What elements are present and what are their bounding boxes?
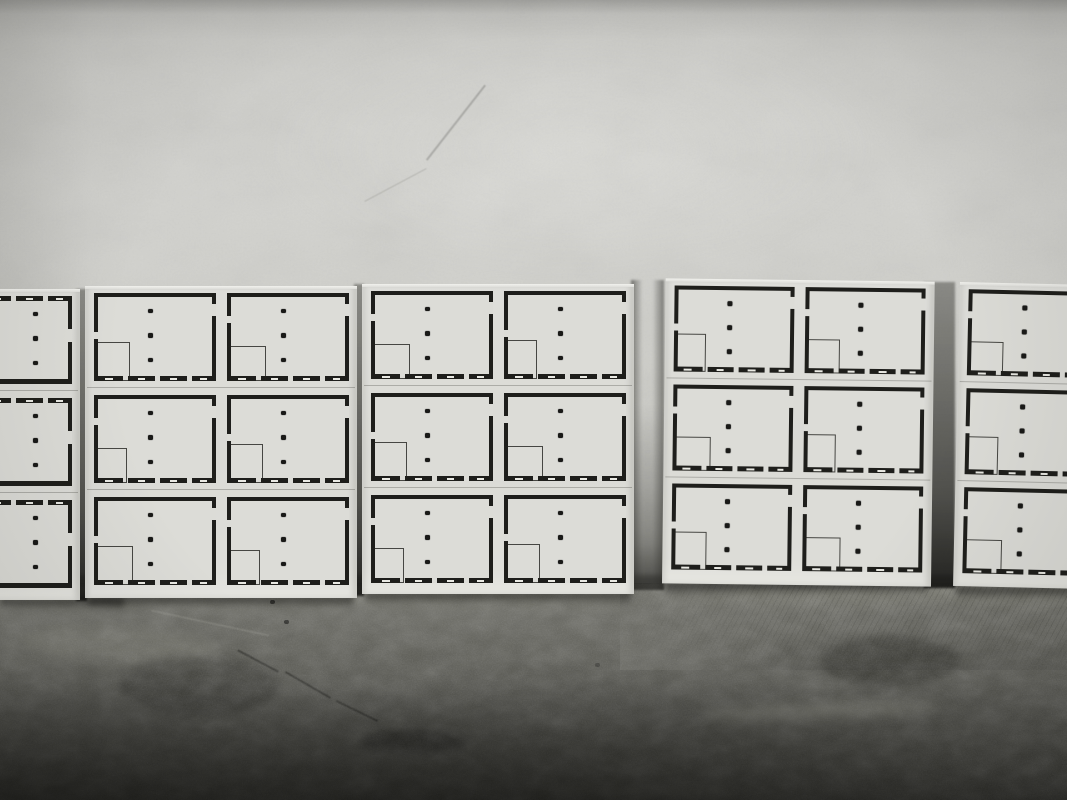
artwork-cell <box>504 495 626 583</box>
border-segment <box>437 374 464 379</box>
corner-square <box>504 340 537 379</box>
corner-square <box>94 342 130 381</box>
panel-2 <box>85 286 357 598</box>
cell-border-left <box>371 393 375 432</box>
dot-mark <box>425 307 430 312</box>
cell-border-top <box>371 291 493 295</box>
cell-border-top <box>675 285 795 290</box>
cell-border-right <box>919 486 923 496</box>
cell-border-right <box>622 291 626 302</box>
cell-border-right <box>919 410 924 474</box>
dot-mark <box>558 433 563 438</box>
border-segment <box>405 578 432 583</box>
cell-border-right <box>489 314 493 379</box>
dot-mark <box>725 499 730 504</box>
border-tick <box>1006 571 1014 573</box>
cell-border-right <box>212 293 216 304</box>
border-segment <box>128 376 155 381</box>
cell-border-right <box>68 296 72 329</box>
border-tick <box>907 569 914 571</box>
panel-seam <box>0 492 78 493</box>
cell-border-top <box>969 289 1067 296</box>
border-tick <box>848 370 855 372</box>
border-tick <box>26 502 34 504</box>
dot-mark <box>558 331 563 336</box>
cell-border-right <box>789 386 793 396</box>
corner-square <box>504 446 543 481</box>
border-segment <box>1028 570 1055 576</box>
dot-mark <box>1020 429 1025 434</box>
border-segment <box>261 580 288 585</box>
cell-border-right <box>345 316 349 381</box>
cell-border-right <box>622 393 626 404</box>
cell-border-left <box>672 483 676 521</box>
border-segment <box>437 578 464 583</box>
artwork-cell <box>371 393 493 481</box>
artwork-cell <box>371 495 493 583</box>
floor-bottom-shading <box>0 583 1067 800</box>
dot-mark <box>558 511 563 516</box>
dot-mark <box>281 435 286 440</box>
border-tick <box>580 376 588 378</box>
panel-seam <box>957 480 1067 487</box>
dot-mark <box>856 549 861 554</box>
border-tick <box>1038 571 1046 573</box>
border-tick <box>447 478 455 480</box>
panel-seam <box>0 390 78 391</box>
dot-mark <box>425 356 430 361</box>
panel-4 <box>662 278 935 586</box>
cell-border-left <box>803 485 807 507</box>
cell-border-top <box>966 388 1067 395</box>
dot-mark <box>148 309 153 314</box>
panel-seam <box>667 377 932 381</box>
artwork-cell <box>94 395 216 483</box>
border-tick <box>333 480 340 482</box>
border-tick <box>777 468 784 470</box>
cell-border-left <box>371 495 375 518</box>
panel-top-edge <box>0 289 80 292</box>
dot-mark <box>425 560 430 565</box>
cell-border-right <box>489 416 493 481</box>
border-tick <box>415 478 423 480</box>
gap-shadow-3-4 <box>631 280 664 590</box>
cell-border-bottom <box>0 379 72 384</box>
border-tick <box>0 298 1 300</box>
border-segment <box>707 367 733 372</box>
corner-square <box>672 437 710 471</box>
border-tick <box>548 376 556 378</box>
panel-seam <box>87 387 355 388</box>
cell-border-right <box>212 395 216 406</box>
corner-square <box>371 344 410 379</box>
border-tick <box>548 580 556 582</box>
dot-mark <box>1022 306 1027 311</box>
artwork-cell <box>672 384 793 471</box>
cell-border-right <box>622 518 626 583</box>
cell-notched-border <box>0 296 72 301</box>
border-tick <box>200 378 207 380</box>
dot-mark <box>425 511 430 516</box>
border-tick <box>879 370 886 372</box>
cell-border-right <box>787 507 792 571</box>
dot-mark <box>281 358 286 363</box>
artwork-cell <box>94 293 216 381</box>
artwork-cell <box>0 500 72 588</box>
dot-mark <box>558 535 563 540</box>
border-tick <box>580 478 588 480</box>
cell-border-right <box>68 500 72 533</box>
artwork-cell <box>504 393 626 481</box>
dot-mark <box>859 303 864 308</box>
cell-notched-border <box>0 500 72 505</box>
dot-mark <box>558 356 563 361</box>
border-tick <box>717 369 724 371</box>
border-tick <box>415 580 423 582</box>
border-segment <box>570 578 597 583</box>
border-tick <box>714 566 721 568</box>
border-segment <box>868 468 894 473</box>
border-tick <box>1042 373 1050 375</box>
border-segment <box>1060 570 1067 576</box>
border-tick <box>170 480 178 482</box>
border-tick <box>26 298 34 300</box>
border-segment <box>160 478 187 483</box>
border-tick <box>548 478 556 480</box>
cell-border-left <box>371 291 375 314</box>
border-tick <box>26 400 34 402</box>
border-segment <box>737 466 763 471</box>
cell-border-top <box>94 293 216 297</box>
cell-border-top <box>227 293 349 297</box>
cell-border-left <box>504 393 508 416</box>
artwork-cell <box>962 487 1067 576</box>
border-tick <box>303 480 311 482</box>
border-segment <box>538 578 565 583</box>
dot-mark <box>33 565 38 570</box>
dot-mark <box>281 309 286 314</box>
border-tick <box>908 470 915 472</box>
border-segment <box>570 374 597 379</box>
border-tick <box>477 580 484 582</box>
corner-square <box>504 544 540 583</box>
cell-border-right <box>622 416 626 481</box>
artwork-cell <box>671 483 792 570</box>
border-tick <box>415 376 423 378</box>
border-segment <box>16 500 43 505</box>
cell-border-bottom <box>0 481 72 486</box>
border-tick <box>580 580 588 582</box>
cell-border-right <box>68 444 72 486</box>
cell-border-right <box>345 418 349 483</box>
border-tick <box>271 582 279 584</box>
cell-border-top <box>94 497 216 501</box>
cell-border-right <box>622 314 626 379</box>
dot-mark <box>1020 405 1025 410</box>
dot-mark <box>1022 330 1027 335</box>
border-segment <box>1033 372 1060 378</box>
dot-mark <box>281 333 286 338</box>
dot-mark <box>148 537 153 542</box>
cell-border-top <box>371 393 493 397</box>
cell-border-top <box>804 386 924 391</box>
dot-mark <box>856 501 861 506</box>
panel-top-edge <box>362 284 634 287</box>
dot-mark <box>725 523 730 528</box>
dot-mark <box>558 458 563 463</box>
cell-border-left <box>504 495 508 534</box>
cell-border-left <box>964 487 969 509</box>
border-tick <box>138 582 146 584</box>
corner-square <box>967 341 1003 376</box>
dot-mark <box>558 560 563 565</box>
dot-mark <box>281 460 286 465</box>
corner-square <box>227 550 260 585</box>
dot-mark <box>725 547 730 552</box>
panel-seam <box>364 385 632 386</box>
dot-mark <box>425 331 430 336</box>
border-tick <box>878 469 885 471</box>
border-segment <box>1062 471 1067 477</box>
panel-seam <box>665 476 930 480</box>
cell-border-right <box>212 316 216 381</box>
cell-border-left <box>227 293 231 316</box>
artwork-cell <box>965 388 1067 477</box>
dot-mark <box>857 402 862 407</box>
cell-border-left <box>227 497 231 520</box>
dot-mark <box>728 301 733 306</box>
border-segment <box>838 368 864 373</box>
artwork-cell <box>0 398 72 486</box>
border-segment <box>738 367 764 372</box>
cell-border-right <box>345 293 349 304</box>
wall-top-shading <box>0 0 1067 14</box>
border-segment <box>293 580 320 585</box>
border-segment <box>1001 371 1028 377</box>
border-tick <box>200 480 207 482</box>
border-segment <box>999 470 1026 476</box>
panel-top-edge <box>85 286 357 289</box>
cell-border-right <box>68 342 72 384</box>
border-tick <box>876 568 883 570</box>
cell-border-right <box>212 520 216 585</box>
dot-mark <box>281 513 286 518</box>
cell-border-top <box>94 395 216 399</box>
border-tick <box>303 378 311 380</box>
cell-border-left <box>673 384 677 406</box>
border-tick <box>138 480 146 482</box>
panel-seam <box>960 381 1067 388</box>
cell-border-left <box>805 287 809 309</box>
panel-seam <box>87 489 355 490</box>
dot-mark <box>1017 552 1022 557</box>
artwork-cell <box>967 289 1067 378</box>
border-tick <box>477 478 484 480</box>
artwork-cell <box>227 497 349 585</box>
border-segment <box>16 398 43 403</box>
dot-mark <box>33 336 38 341</box>
cell-border-right <box>68 398 72 431</box>
wall-light-stain <box>260 20 880 280</box>
artwork-cell <box>227 395 349 483</box>
dot-mark <box>281 562 286 567</box>
corner-square <box>94 546 133 585</box>
border-tick <box>1040 472 1048 474</box>
border-segment <box>128 478 155 483</box>
cell-border-left <box>674 285 678 323</box>
artwork-cell <box>371 291 493 379</box>
border-segment <box>160 376 187 381</box>
cell-border-right <box>212 418 216 483</box>
cell-border-top <box>227 497 349 501</box>
border-tick <box>170 378 178 380</box>
border-segment <box>837 467 863 472</box>
border-tick <box>0 502 1 504</box>
panel-seam <box>364 487 632 488</box>
cell-border-top <box>672 483 792 488</box>
border-tick <box>846 469 853 471</box>
border-tick <box>1008 472 1016 474</box>
dot-mark <box>148 411 153 416</box>
corner-square <box>371 442 407 481</box>
dot-mark <box>148 435 153 440</box>
cell-border-top <box>673 384 793 389</box>
cell-border-top <box>227 395 349 399</box>
dot-mark <box>148 562 153 567</box>
dot-mark <box>33 516 38 521</box>
border-segment <box>293 478 320 483</box>
border-tick <box>56 502 63 504</box>
border-segment <box>261 478 288 483</box>
border-segment <box>538 374 565 379</box>
border-segment <box>1030 471 1057 477</box>
dot-mark <box>1017 528 1022 533</box>
contact-shadow <box>956 587 1067 600</box>
cell-border-right <box>345 497 349 508</box>
dot-mark <box>33 312 38 317</box>
cell-border-top <box>806 287 926 292</box>
cell-border-right <box>68 546 72 588</box>
border-segment <box>437 476 464 481</box>
dot-mark <box>33 414 38 419</box>
dot-mark <box>858 351 863 356</box>
cell-border-right <box>921 311 926 375</box>
dot-mark <box>726 424 731 429</box>
cell-border-left <box>966 388 971 426</box>
cell-border-right <box>489 495 493 506</box>
dot-mark <box>148 358 153 363</box>
corner-square <box>802 537 840 571</box>
border-segment <box>293 376 320 381</box>
border-tick <box>170 582 178 584</box>
corner-square <box>227 346 266 381</box>
artwork-cell <box>0 296 72 384</box>
border-tick <box>778 369 785 371</box>
border-tick <box>447 580 455 582</box>
corner-square <box>371 548 404 583</box>
dot-mark <box>727 325 732 330</box>
dot-mark <box>726 448 731 453</box>
border-segment <box>0 500 11 505</box>
dot-mark <box>1019 453 1024 458</box>
dot-mark <box>425 433 430 438</box>
cell-border-top <box>371 495 493 499</box>
cell-border-right <box>489 291 493 302</box>
border-tick <box>1011 373 1019 375</box>
cell-border-right <box>489 393 493 404</box>
dot-mark <box>856 525 861 530</box>
dot-mark <box>281 537 286 542</box>
dot-mark <box>33 540 38 545</box>
cell-border-right <box>622 495 626 506</box>
border-segment <box>405 476 432 481</box>
border-tick <box>715 468 722 470</box>
corner-square <box>965 436 998 475</box>
border-tick <box>610 376 617 378</box>
corner-square <box>805 339 840 373</box>
border-tick <box>477 376 484 378</box>
border-tick <box>271 480 279 482</box>
border-tick <box>447 376 455 378</box>
dot-mark <box>1021 354 1026 359</box>
border-segment <box>16 296 43 301</box>
dot-mark <box>281 411 286 416</box>
border-tick <box>271 378 279 380</box>
cell-border-left <box>94 497 98 536</box>
cell-border-right <box>788 408 793 472</box>
dot-mark <box>1018 504 1023 509</box>
artwork-cell <box>805 287 926 374</box>
cell-border-right <box>790 309 795 373</box>
border-tick <box>909 371 916 373</box>
dot-mark <box>858 327 863 332</box>
artwork-cell <box>504 291 626 379</box>
dot-mark <box>558 409 563 414</box>
corner-square <box>674 333 706 371</box>
border-tick <box>138 378 146 380</box>
border-segment <box>736 565 762 570</box>
dot-mark <box>726 400 731 405</box>
border-tick <box>845 568 852 570</box>
panel-1 <box>0 289 80 600</box>
cell-border-top <box>964 487 1067 494</box>
cell-border-right <box>345 395 349 406</box>
cell-border-right <box>918 509 923 573</box>
cell-border-right <box>788 485 792 495</box>
corner-square <box>94 448 127 483</box>
dot-mark <box>425 535 430 540</box>
cell-border-left <box>804 386 808 424</box>
cell-border-right <box>922 289 926 299</box>
panel-5 <box>953 282 1067 592</box>
cell-border-bottom <box>0 583 72 588</box>
dot-mark <box>857 426 862 431</box>
artwork-cell <box>94 497 216 585</box>
cell-border-right <box>212 497 216 508</box>
border-segment <box>160 580 187 585</box>
artwork-cell <box>227 293 349 381</box>
border-segment <box>0 296 11 301</box>
dot-mark <box>558 307 563 312</box>
dot-mark <box>148 333 153 338</box>
corner-square <box>227 444 263 483</box>
cell-border-top <box>504 393 626 397</box>
artwork-cell <box>802 485 923 572</box>
cell-border-right <box>489 518 493 583</box>
cell-border-left <box>94 395 98 418</box>
border-tick <box>0 400 1 402</box>
cell-border-left <box>94 293 98 332</box>
